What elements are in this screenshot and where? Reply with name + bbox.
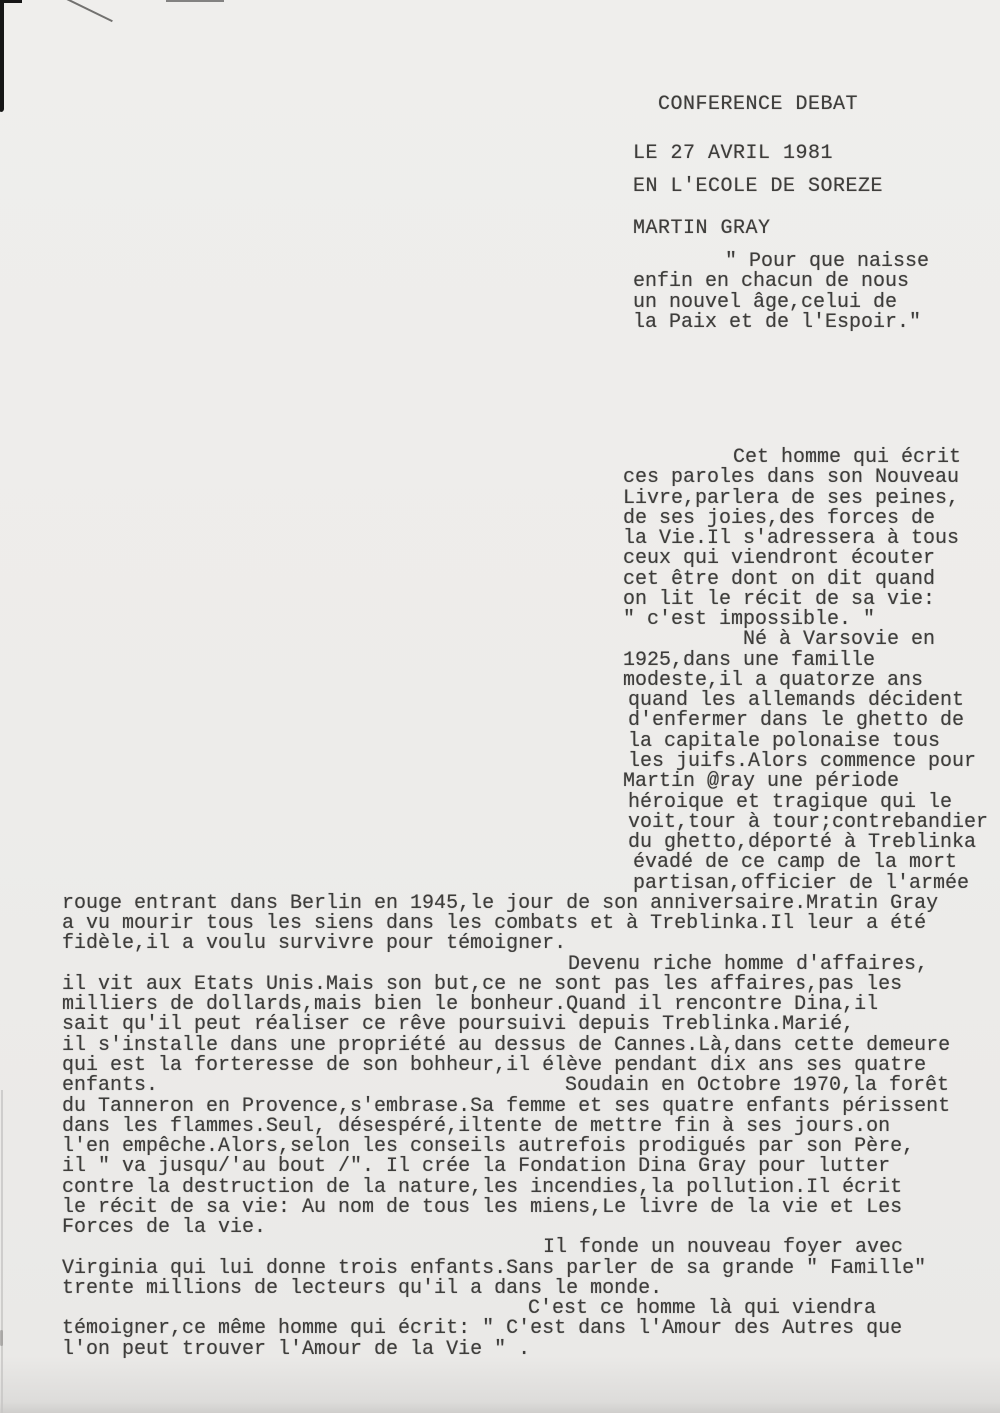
body-line: Il fonde un nouveau foyer avec — [62, 1238, 982, 1258]
quote-line: un nouvel âge,celui de — [633, 293, 929, 313]
quote-line: la Paix et de l'Espoir." — [633, 313, 929, 333]
body-line: du Tanneron en Provence,s'embrase.Sa fem… — [62, 1097, 982, 1117]
scan-edge-artifact — [0, 0, 22, 3]
body-line: témoigner,ce même homme qui écrit: " C'e… — [62, 1319, 982, 1339]
body-line: ces paroles dans son Nouveau — [62, 468, 982, 488]
body-line: héroique et tragique qui le — [62, 793, 982, 813]
body-line: sait qu'il peut réaliser ce rêve poursui… — [62, 1015, 982, 1035]
body-line: Devenu riche homme d'affaires, — [62, 955, 982, 975]
body-line-segment: enfants. — [62, 1074, 158, 1097]
body-line: 1925,dans une famille — [62, 651, 982, 671]
scanned-page: CONFERENCE DEBAT LE 27 AVRIL 1981 EN L'E… — [0, 0, 1000, 1413]
quote-line: enfin en chacun de nous — [633, 272, 929, 292]
scan-edge-artifact — [0, 0, 4, 112]
body-line: contre la destruction de la nature,les i… — [62, 1178, 982, 1198]
body-line: fidèle,il a voulu survivre pour témoigne… — [62, 934, 982, 954]
body-line: enfants.Soudain en Octobre 1970,la forêt — [62, 1076, 982, 1096]
body-line: partisan,officier de l'armée — [62, 874, 982, 894]
body-line: ceux qui viendront écouter — [62, 549, 982, 569]
body-line: la capitale polonaise tous — [62, 732, 982, 752]
scan-crease-artifact — [66, 0, 113, 22]
body-line: il " va jusqu/'au bout /". Il crée la Fo… — [62, 1157, 982, 1177]
body-line: évadé de ce camp de la mort — [62, 853, 982, 873]
body-line-segment: Soudain en Octobre 1970,la forêt — [565, 1076, 949, 1096]
body-text: Cet homme qui écrit ces paroles dans son… — [62, 448, 982, 1360]
scan-mark-artifact — [0, 1330, 3, 1346]
scan-edge-artifact — [166, 0, 224, 2]
doc-date: LE 27 AVRIL 1981 — [633, 142, 833, 165]
body-line: l'on peut trouver l'Amour de la Vie " . — [62, 1340, 982, 1360]
body-line: dans les flammes.Seul, désespéré,iltente… — [62, 1117, 982, 1137]
body-line: cet être dont on dit quand — [62, 570, 982, 590]
doc-speaker: MARTIN GRAY — [633, 217, 771, 240]
body-line: voit,tour à tour;contrebandier — [62, 813, 982, 833]
body-line: il s'installe dans une propriété au dess… — [62, 1036, 982, 1056]
scan-edge-artifact — [1, 1090, 3, 1413]
body-line: Né à Varsovie en — [62, 630, 982, 650]
doc-location: EN L'ECOLE DE SOREZE — [633, 175, 883, 198]
doc-title: CONFERENCE DEBAT — [658, 93, 858, 116]
body-line: Virginia qui lui donne trois enfants.San… — [62, 1259, 982, 1279]
epigraph-quote: " Pour que naisse enfin en chacun de nou… — [633, 252, 929, 333]
body-line: Livre,parlera de ses peines, — [62, 489, 982, 509]
body-line: Martin @ray une période — [62, 772, 982, 792]
body-line: d'enfermer dans le ghetto de — [62, 711, 982, 731]
